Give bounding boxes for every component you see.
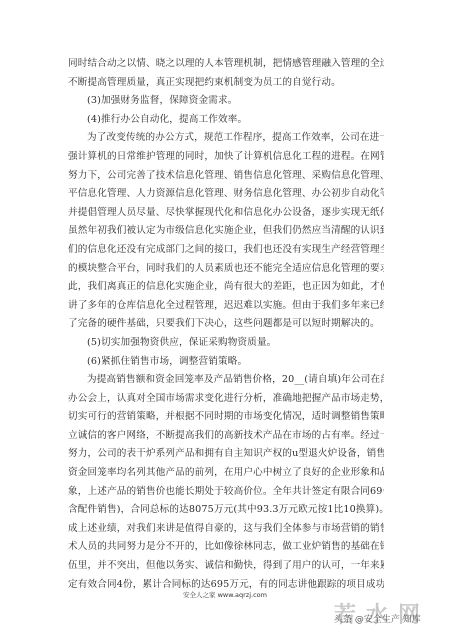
text-line: 成上述业绩，对我们来讲是值得自豪的，这与我们全体参与市场营销的销售、技 [68,520,384,539]
text-line: 同时结合动之以情、晓之以理的人本管理机制，把情感管理融入管理的全过程， [68,55,384,74]
text-line: 努力下，公司完善了技术信息化管理、销售信息化管理、采购信息化管理、仓库 [68,167,384,186]
text-line: 强计算机的日常维护管理的同时，加快了计算机信息化工程的进程。在网管部的 [68,148,384,167]
watermark: 若水网 头条 @安全生产 知库 ··· [334,598,444,634]
text-line: 并提倡管理人员尽量、尽快掌握现代化和信息化办公设备，逐步实现无纸化办公。 [68,204,384,223]
text-line: 的模块整合平台，同时我们的人员素质也还不能完全适应信息化管理的要求。因 [68,260,384,279]
text-line: 为提高销售额和资金回笼率及产品销售价格，20__(请自填)年公司在部经理 [68,371,384,390]
text-line: 此，我们离真正的信息化实施企业，尚有很大的差距，也正因为如此，才使我们 [68,278,384,297]
watermark-sub-dots: ··· [342,626,387,630]
text-line: 努力，公司的表干炉系列产品和拥有自主知识产权的u型退火炉设备，销售率和 [68,445,384,464]
text-line: 资金回笼率均名列其他产品的前列，在用户心中树立了良好的企业形象和品牌形 [68,464,384,483]
watermark-caption: 头条 @安全生产 知库 [334,612,421,625]
text-line: 为了改变传统的办公方式，规范工作程序，提高工作效率，公司在进一步加 [68,129,384,148]
text-line: 们的信息化还没有完成部门之间的接口，我们也还没有实现生产经营管理全过程 [68,241,384,260]
text-line: 象，上述产品的销售价也能长期处于较高价位。全年共计签定有限合同69份(不 [68,483,384,502]
text-line: 办公会上，认真对全国市场需求变化进行分析，准确地把握产品市场走势，制定 [68,390,384,409]
text-line: (6)紧抓住销售市场，调整营销策略。 [68,353,384,372]
text-line: 立诚信的客户网络，不断提高我们的高新技术产品在市场的占有率。经过一年的 [68,427,384,446]
document-page: 同时结合动之以情、晓之以理的人本管理机制，把情感管理融入管理的全过程，不断提高管… [0,0,450,637]
text-line: 讲了多年的仓库信息化全过程管理，迟迟难以实施。但由于我们多年来已经整合 [68,297,384,316]
text-line: (5)切实加强物资供应，保证采购物资质量。 [68,334,384,353]
text-line: 虽然年初我们被认定为市级信息化实施企业，但我们仍然应当清醒的认识到，我 [68,222,384,241]
text-line: 含配件销售)，合同总标的达8075万元(其中93.3万元欧元按1比10换算)。完 [68,501,384,520]
text-line: 平信息化管理、人力资源信息化管理、财务信息化管理、办公初步自动化等平台， [68,185,384,204]
document-body: 同时结合动之以情、晓之以理的人本管理机制，把情感管理融入管理的全过程，不断提高管… [68,55,384,594]
text-line: (3)加强财务监督，保障资金需求。 [68,92,384,111]
text-line: 了完备的硬件基础，只要我们下决心，这些问题都是可以短时期解决的。 [68,315,384,334]
text-line: 切实可行的营销策略，并根据不同时期的市场变化情况，适时调整销售策略，建 [68,408,384,427]
text-line: 不断提高管理质量，真正实现把约束机制变为员工的自觉行动。 [68,74,384,93]
text-line: 术人员的共同努力是分不开的，比如像徐林同志，做工业炉销售的基础在销售队 [68,538,384,557]
text-line: 伍里，并不突出，但他以务实、诚信和勤快，得到了用户的认可，一年来累计签 [68,557,384,576]
text-line: (4)推行办公自动化，提高工作效率。 [68,111,384,130]
